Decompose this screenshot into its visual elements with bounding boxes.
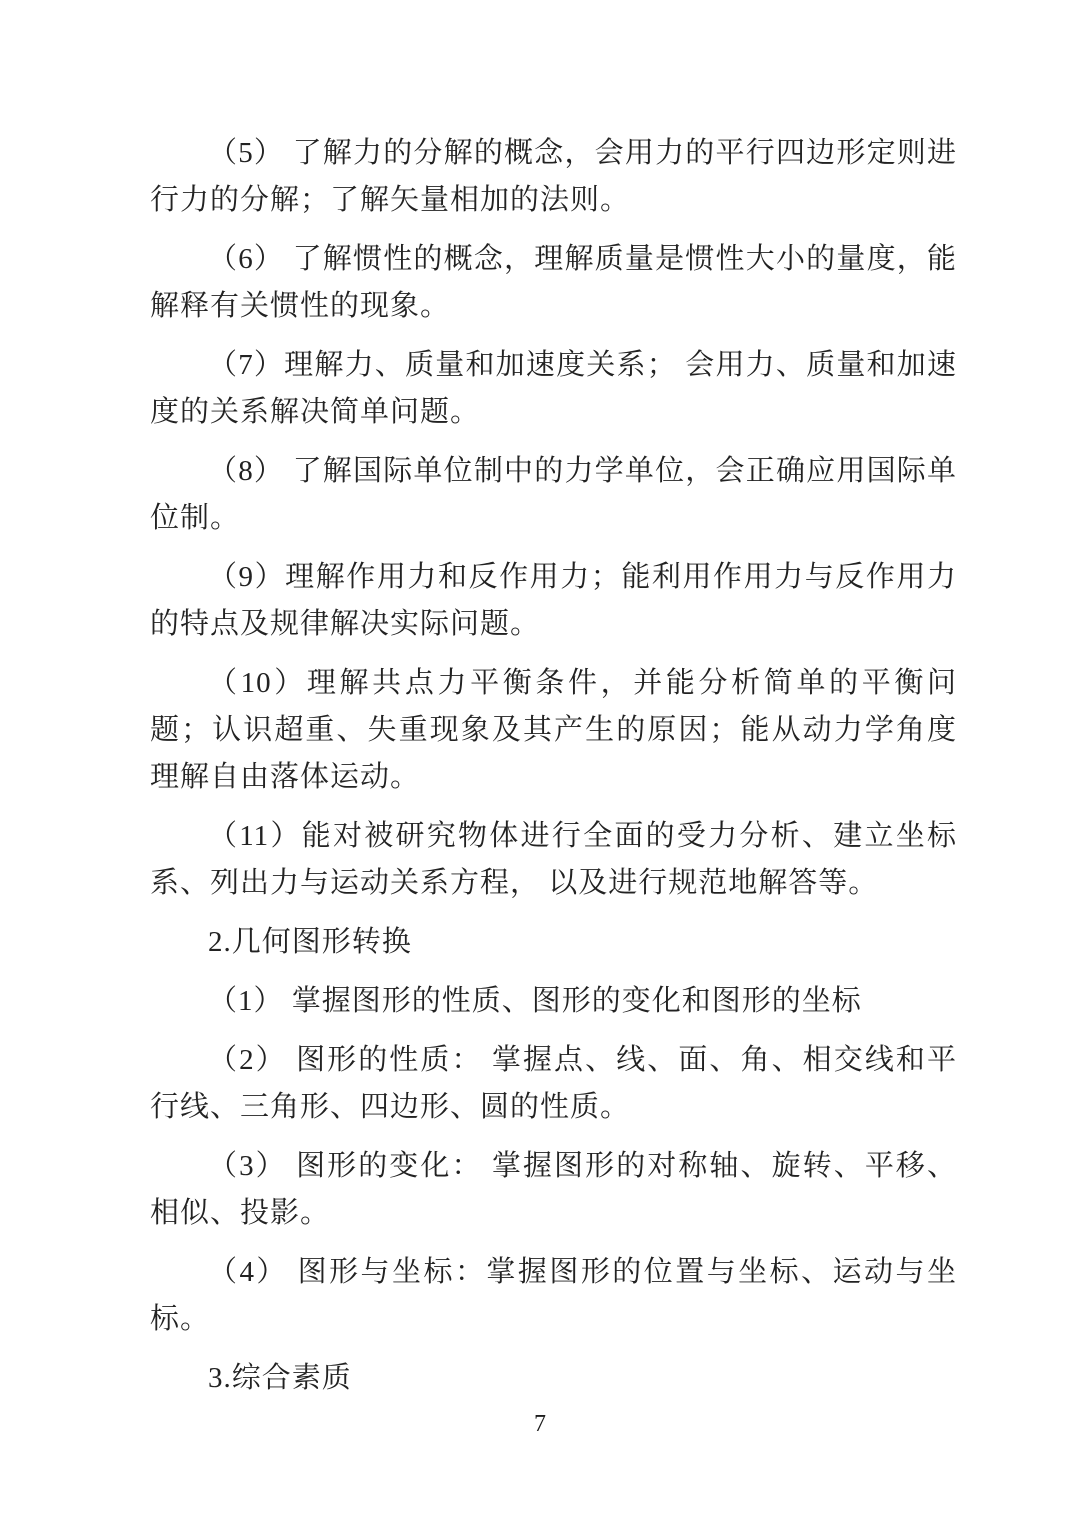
paragraph-item-10: （10）理解共点力平衡条件，并能分析简单的平衡问题；认识超重、失重现象及其产生的…: [150, 660, 957, 801]
paragraph-item-4: （4） 图形与坐标：掌握图形的位置与坐标、运动与坐标。: [150, 1249, 957, 1343]
document-page: （5） 了解力的分解的概念，会用力的平行四边形定则进行力的分解；了解矢量相加的法…: [0, 0, 1080, 1527]
paragraph-item-11: （11）能对被研究物体进行全面的受力分析、建立坐标系、列出力与运动关系方程， 以…: [150, 813, 957, 907]
paragraph-item-1: （1） 掌握图形的性质、图形的变化和图形的坐标: [150, 978, 957, 1025]
paragraph-item-3: （3） 图形的变化： 掌握图形的对称轴、旋转、平移、相似、投影。: [150, 1143, 957, 1237]
paragraph-item-8: （8） 了解国际单位制中的力学单位，会正确应用国际单位制。: [150, 448, 957, 542]
paragraph-item-2: （2） 图形的性质： 掌握点、线、面、角、相交线和平行线、三角形、四边形、圆的性…: [150, 1037, 957, 1131]
paragraph-item-6: （6） 了解惯性的概念，理解质量是惯性大小的量度，能解释有关惯性的现象。: [150, 236, 957, 330]
section-heading-3: 3.综合素质: [150, 1355, 957, 1402]
page-number: 7: [0, 1408, 1080, 1440]
paragraph-item-5: （5） 了解力的分解的概念，会用力的平行四边形定则进行力的分解；了解矢量相加的法…: [150, 130, 957, 224]
document-body: （5） 了解力的分解的概念，会用力的平行四边形定则进行力的分解；了解矢量相加的法…: [150, 130, 957, 1402]
paragraph-item-7: （7）理解力、质量和加速度关系； 会用力、质量和加速度的关系解决简单问题。: [150, 342, 957, 436]
section-heading-2: 2.几何图形转换: [150, 919, 957, 966]
paragraph-item-9: （9）理解作用力和反作用力；能利用作用力与反作用力的特点及规律解决实际问题。: [150, 554, 957, 648]
